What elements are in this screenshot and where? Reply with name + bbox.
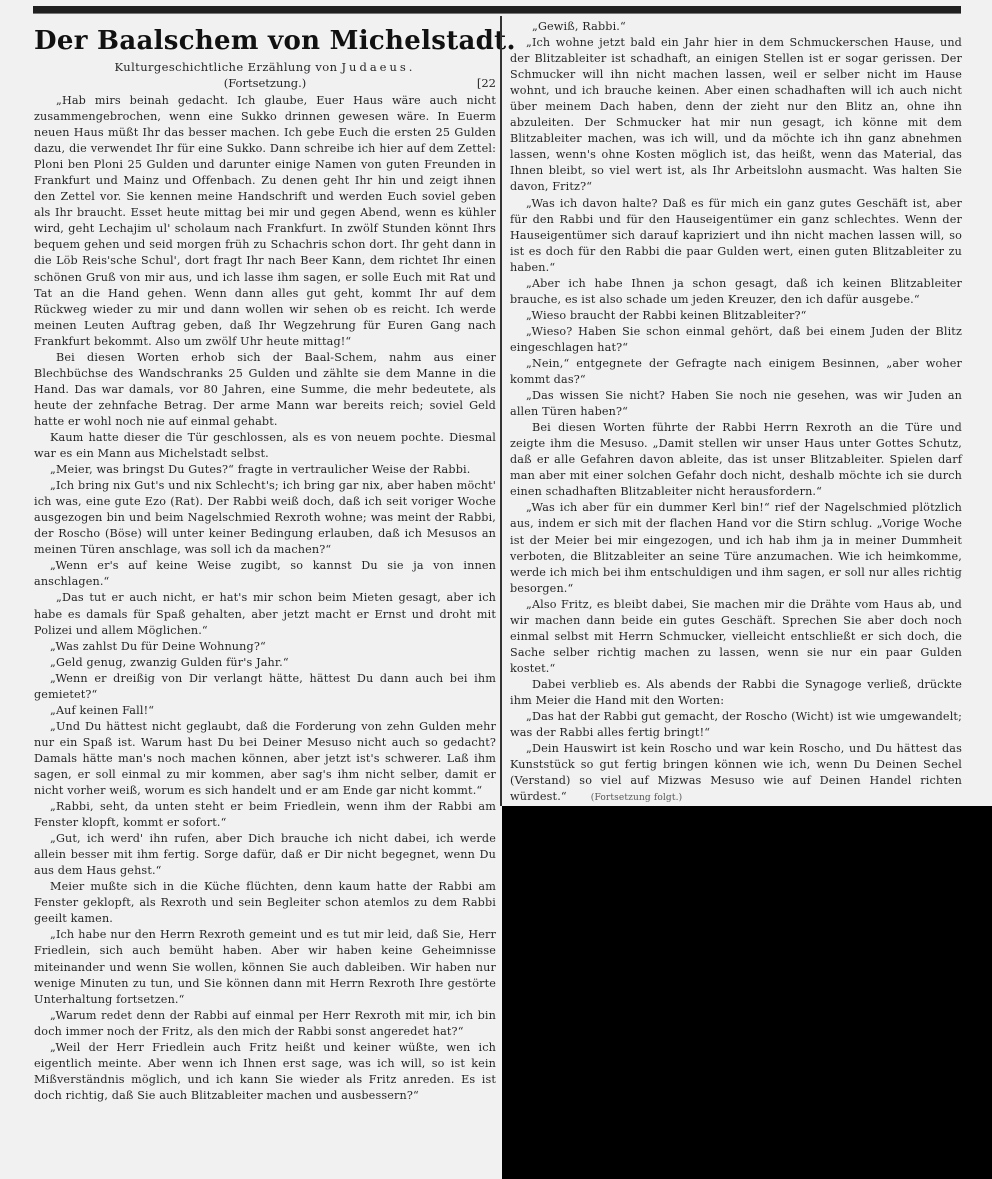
paragraph: „Das tut er auch nicht, er hat's mir sch…	[34, 590, 496, 638]
paragraph: Dabei verblieb es. Als abends der Rabbi …	[510, 677, 962, 709]
paragraph: „Wenn er dreißig von Dir verlangt hätte,…	[34, 671, 496, 703]
column-divider	[500, 16, 502, 806]
paragraph: „Dein Hauswirt ist kein Roscho und war k…	[510, 741, 962, 806]
author-name: Judaeus.	[341, 60, 415, 74]
paragraph: „Wieso? Haben Sie schon einmal gehört, d…	[510, 324, 962, 356]
paragraph: „Das hat der Rabbi gut gemacht, der Rosc…	[510, 709, 962, 741]
paragraph: „Und Du hättest nicht geglaubt, daß die …	[34, 719, 496, 799]
right-column: „Gewiß, Rabbi.“ „Ich wohne jetzt bald ei…	[510, 0, 962, 806]
paragraph: „Rabbi, seht, da unten steht er beim Fri…	[34, 799, 496, 831]
left-body-text: „Hab mirs beinah gedacht. Ich glaube, Eu…	[34, 93, 496, 1104]
paragraph: „Was ich aber für ein dummer Kerl bin!“ …	[510, 500, 962, 596]
paragraph: „Gut, ich werd' ihn rufen, aber Dich bra…	[34, 831, 496, 879]
paragraph: „Wenn er's auf keine Weise zugibt, so ka…	[34, 558, 496, 590]
paragraph: Meier mußte sich in die Küche flüchten, …	[34, 879, 496, 927]
continued-note: (Fortsetzung folgt.)	[591, 793, 683, 803]
paragraph-text: „Dein Hauswirt ist kein Roscho und war k…	[510, 742, 962, 803]
paragraph: „Wieso braucht der Rabbi keinen Blitzabl…	[510, 308, 962, 324]
paragraph: „Geld genug, zwanzig Gulden für's Jahr.“	[34, 655, 496, 671]
paragraph: „Ich wohne jetzt bald ein Jahr hier in d…	[510, 35, 962, 195]
paragraph: „Weil der Herr Friedlein auch Fritz heiß…	[34, 1040, 496, 1104]
right-body-text: „Gewiß, Rabbi.“ „Ich wohne jetzt bald ei…	[510, 19, 962, 806]
paragraph: „Aber ich habe Ihnen ja schon gesagt, da…	[510, 276, 962, 308]
paragraph: „Nein,“ entgegnete der Gefragte nach ein…	[510, 356, 962, 388]
paragraph: „Auf keinen Fall!“	[34, 703, 496, 719]
paragraph: „Meier, was bringst Du Gutes?“ fragte in…	[34, 462, 496, 478]
paragraph: Bei diesen Worten erhob sich der Baal-Sc…	[34, 350, 496, 430]
continuation-label: (Fortsetzung.)	[34, 76, 496, 90]
paragraph: „Warum redet denn der Rabbi auf einmal p…	[34, 1008, 496, 1040]
article-subtitle: Kulturgeschichtliche Erzählung von Judae…	[34, 60, 496, 74]
paragraph: „Hab mirs beinah gedacht. Ich glaube, Eu…	[34, 93, 496, 350]
blank-scan-area	[502, 806, 992, 1179]
subtitle-prefix: Kulturgeschichtliche Erzählung von	[115, 60, 338, 74]
paragraph: „Ich bring nix Gut's und nix Schlecht's;…	[34, 478, 496, 558]
paragraph: „Was zahlst Du für Deine Wohnung?“	[34, 639, 496, 655]
paragraph: „Gewiß, Rabbi.“	[510, 19, 962, 35]
paragraph: Kaum hatte dieser die Tür geschlossen, a…	[34, 430, 496, 462]
paragraph: „Was ich davon halte? Daß es für mich ei…	[510, 196, 962, 276]
paragraph: „Ich habe nur den Herrn Rexroth gemeint …	[34, 927, 496, 1007]
article-title: Der Baalschem von Michelstadt.	[34, 26, 496, 56]
left-column: Der Baalschem von Michelstadt. Kulturges…	[34, 0, 496, 1179]
paragraph: „Also Fritz, es bleibt dabei, Sie machen…	[510, 597, 962, 677]
paragraph: „Das wissen Sie nicht? Haben Sie noch ni…	[510, 388, 962, 420]
installment-number: [22	[477, 76, 496, 90]
paragraph: Bei diesen Worten führte der Rabbi Herrn…	[510, 420, 962, 500]
